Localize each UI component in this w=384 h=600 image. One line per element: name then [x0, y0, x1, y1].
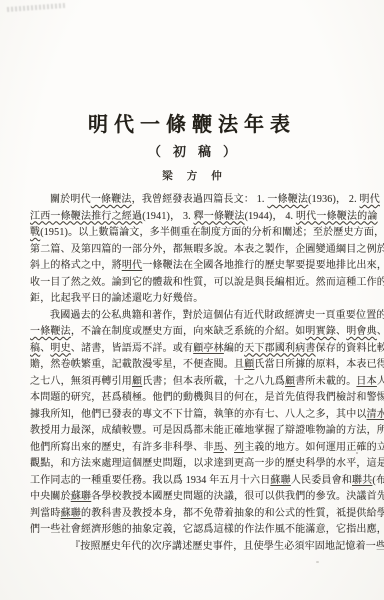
- text-line: 『按照歷史年代的次序講述歷史事件，且使學生必須牢固地記憶着一些重: [30, 539, 356, 556]
- text-line: 斜上的格式之中，將明代一條鞭法在全國各地推行的歷史挈要提要地排比出來，以: [30, 258, 356, 275]
- text-segment: 的教科書及教授本身，都不免帶着抽象的和公式的性質，祗提供給學生: [81, 508, 384, 519]
- text-segment: 編的: [224, 343, 244, 354]
- text-segment: ，我曾經發表過四篇長文： 1.: [132, 194, 268, 205]
- proper-noun-marked-text: 聯共: [352, 475, 372, 486]
- proper-noun-marked-text: 顧: [132, 376, 142, 387]
- proper-noun-marked-text: 馬: [214, 442, 224, 453]
- text-segment: 、諸書，皆語焉不詳。或有: [71, 343, 193, 354]
- proper-noun-marked-text: 江西一條鞭法推行之經過: [30, 211, 142, 222]
- text-segment: 氏書；但本表所載，十之八九爲: [142, 376, 285, 387]
- page-subtitle: （初稿）: [0, 141, 384, 160]
- text-segment: 斜上的格式之中，將: [30, 260, 122, 271]
- text-line: 鉅，比起我平日的論述還吃力好幾倍。: [30, 291, 356, 308]
- text-line: 中央關於蘇聯各學校教授本國歷史問題的決議，很可以供我們的參攷。決議首先批: [30, 489, 356, 506]
- text-line: 收一目了然之效。論到它的體裁和性質，可以說是與長編相近。然而這種工作的艱: [30, 275, 356, 292]
- author-name: 梁方仲: [0, 168, 384, 183]
- text-segment: 們一些社會經濟形態的抽象定義，它認爲這樣的作法作風不能滿意，它指出應，: [30, 524, 384, 535]
- proper-noun-marked-text: 稿: [30, 343, 40, 354]
- text-segment: 、: [224, 442, 234, 453]
- text-line: 觀點，和方法來處理這個歷史問題，以求達到更高一步的歷史科學的水平，這是我國: [30, 456, 356, 473]
- text-line: 關於明代一條鞭法，我曾經發表過四篇長文： 1. 一條鞭法(1936)， 2. 明…: [30, 192, 356, 209]
- text-segment: 人對於: [377, 376, 384, 387]
- text-line: 本問題的研究，甚爲積極。他們的動機與目的何在，是首先值得我們檢討和警惕的。: [30, 390, 356, 407]
- proper-noun-marked-text: 明實錄: [305, 326, 336, 337]
- proper-noun-marked-text: 明代一條鞭法的論: [296, 211, 378, 222]
- proper-noun-marked-text: 天下郡國利病書: [244, 343, 315, 354]
- proper-noun-marked-text: 一條鞭法: [30, 326, 71, 337]
- proper-noun-marked-text: 蘇聯: [270, 475, 290, 486]
- text-line: 他們所寫出來的歷史，有許多非科學、非馬、列主義的地方。如何運用正確的立場，: [30, 440, 356, 457]
- text-segment: 書所未載的。: [295, 376, 356, 387]
- proper-noun-marked-text: 顧: [285, 376, 295, 387]
- proper-noun-marked-text: 釋一條鞭法: [194, 211, 245, 222]
- proper-noun-marked-text: 顧亭林: [193, 343, 224, 354]
- text-segment: ，不論在制度或歷史方面，向來缺乏系統的介紹。如: [71, 326, 306, 337]
- text-segment: (布): [372, 475, 384, 486]
- proper-noun-marked-text: 清水泰次: [367, 409, 384, 420]
- text-line: 判當時蘇聯的教科書及教授本身，都不免帶着抽象的和公式的性質，祗提供給學生: [30, 506, 356, 523]
- text-segment: 人民委員會和: [291, 475, 352, 486]
- text-segment: 他們所寫出來的歷史，有許多非科學、非: [30, 442, 214, 453]
- text-segment: 主義的地方。如何運用正確的立場，: [244, 442, 384, 453]
- page-title: 明代一條鞭法年表: [0, 108, 384, 137]
- text-segment: 、: [40, 343, 50, 354]
- proper-noun-marked-text: 明史: [50, 343, 70, 354]
- text-segment: (1941)， 3.: [142, 211, 193, 222]
- proper-noun-marked-text: 蘇聯: [71, 491, 91, 502]
- proper-noun-marked-text: 列: [234, 442, 244, 453]
- text-line: 稿、明史、諸書，皆語焉不詳。或有顧亭林編的天下郡國利病書保存的資料比較豐: [30, 341, 356, 358]
- text-line: 戰(1951)。以上數篇論文，多半側重在制度方面的分析和闡述；至於歷史方面，除在: [30, 225, 356, 242]
- text-segment: 各學校教授本國歷史問題的決議，很可以供我們的參攷。決議首先批: [91, 491, 384, 502]
- text-segment: 據我所知，他們已發表的專文不下廿篇，執筆的亦有七、八人之多，其中以: [30, 409, 367, 420]
- text-line: 們一些社會經濟形態的抽象定義，它認爲這樣的作法作風不能滿意，它指出應，: [30, 522, 356, 539]
- text-line: 第二篇、及第四篇的一部分外，都無暇多說。本表之製作，企圖變通綱目之例於旁行: [30, 242, 356, 259]
- text-segment: 教授用力最深，成績較豐。可是因爲都未能正確地掌握了辯證唯物論的方法，所以: [30, 425, 384, 436]
- text-segment: 保存的資料比較豐: [316, 343, 384, 354]
- text-segment: 中央關於: [30, 491, 71, 502]
- proper-noun-marked-text: 日本: [356, 376, 376, 387]
- text-line: 工作同志的一種重要任務。我以爲 1934 年五月十六日蘇聯人民委員會和聯共(布): [30, 473, 356, 490]
- text-line: 贍，然卷帙繁重，記載散漫零星，不便查閱。且顧氏當日所據的原料，本表已得其十: [30, 357, 356, 374]
- text-segment: 贍，然卷帙繁重，記載散漫零星，不便查閱。且: [30, 359, 244, 370]
- text-line: 教授用力最深，成績較豐。可是因爲都未能正確地掌握了辯證唯物論的方法，所以: [30, 423, 356, 440]
- proper-noun-marked-text: 戰: [30, 227, 40, 238]
- text-segment: 觀點，和方法來處理這個歷史問題，以求達到更高一步的歷史科學的水平，這是我國: [30, 458, 384, 469]
- text-segment: 判當時: [30, 508, 61, 519]
- text-segment: (1936)， 2.: [308, 194, 359, 205]
- text-segment: 鉅，比起我平日的論述還吃力好幾倍。: [30, 293, 203, 304]
- scan-speck: [356, 452, 358, 454]
- text-segment: 之七八，無須再轉引用: [30, 376, 132, 387]
- watermark-artifact: [7, 3, 65, 12]
- proper-noun-marked-text: 顧: [244, 359, 254, 370]
- proper-noun-marked-text: 一條鞭法: [267, 194, 308, 205]
- proper-noun-marked-text: 明代: [360, 194, 380, 205]
- text-segment: 關於明代: [50, 194, 91, 205]
- proper-noun-marked-text: 明代: [122, 260, 142, 271]
- text-segment: (1951)。以上數篇論文，多半側重在制度方面的分析和闡述；至於歷史方面，除在: [40, 227, 384, 238]
- proper-noun-marked-text: 蘇聯: [61, 508, 81, 519]
- text-segment: 第二篇、及第四篇的一部分外，都無暇多說。本表之製作，企圖變通綱目之例於旁行: [30, 244, 384, 255]
- text-segment: 工作同志的一種重要任務。我以爲 1934 年五月十六日: [30, 475, 270, 486]
- text-segment: 、: [336, 326, 346, 337]
- text-segment: 一條鞭法在全國各地推行的歷史挈要提要地排比出來，以: [142, 260, 384, 271]
- text-line: 之七八，無須再轉引用顧氏書；但本表所載，十之八九爲顧書所未載的。日本人對於: [30, 374, 356, 391]
- scanned-document-page: 明代一條鞭法年表 （初稿） 梁方仲 關於明代一條鞭法，我曾經發表過四篇長文： 1…: [0, 0, 384, 600]
- body-text: 關於明代一條鞭法，我曾經發表過四篇長文： 1. 一條鞭法(1936)， 2. 明…: [30, 192, 356, 555]
- text-segment: 本問題的研究，甚爲積極。他們的動機與目的何在，是首先值得我們檢討和警惕的。: [30, 392, 384, 403]
- text-segment: 我國過去的公私典籍和著作，對於這個佔有近代財政經濟史一頁重要位置的: [50, 310, 384, 321]
- text-line: 據我所知，他們已發表的專文不下廿篇，執筆的亦有七、八人之多，其中以清水泰次: [30, 407, 356, 424]
- text-line: 我國過去的公私典籍和著作，對於這個佔有近代財政經濟史一頁重要位置的: [30, 308, 356, 325]
- proper-noun-marked-text: 明會典: [346, 326, 377, 337]
- text-segment: 、: [377, 326, 384, 337]
- text-line: 一條鞭法，不論在制度或歷史方面，向來缺乏系統的介紹。如明實錄、明會典、明史: [30, 324, 356, 341]
- text-segment: 收一目了然之效。論到它的體裁和性質，可以說是與長編相近。然而這種工作的艱: [30, 277, 384, 288]
- text-line: 江西一條鞭法推行之經過(1941)， 3. 釋一條鞭法(1944)， 4. 明代…: [30, 209, 356, 226]
- text-segment: 『按照歷史年代的次序講述歷史事件，且使學生必須牢固地記憶着一些重: [70, 541, 384, 552]
- text-segment: (1944)， 4.: [245, 211, 296, 222]
- scan-speck: [316, 561, 319, 563]
- text-segment: 氏當日所據的原料，本表已得其十: [254, 359, 384, 370]
- proper-noun-marked-text: 一條鞭法: [91, 194, 132, 205]
